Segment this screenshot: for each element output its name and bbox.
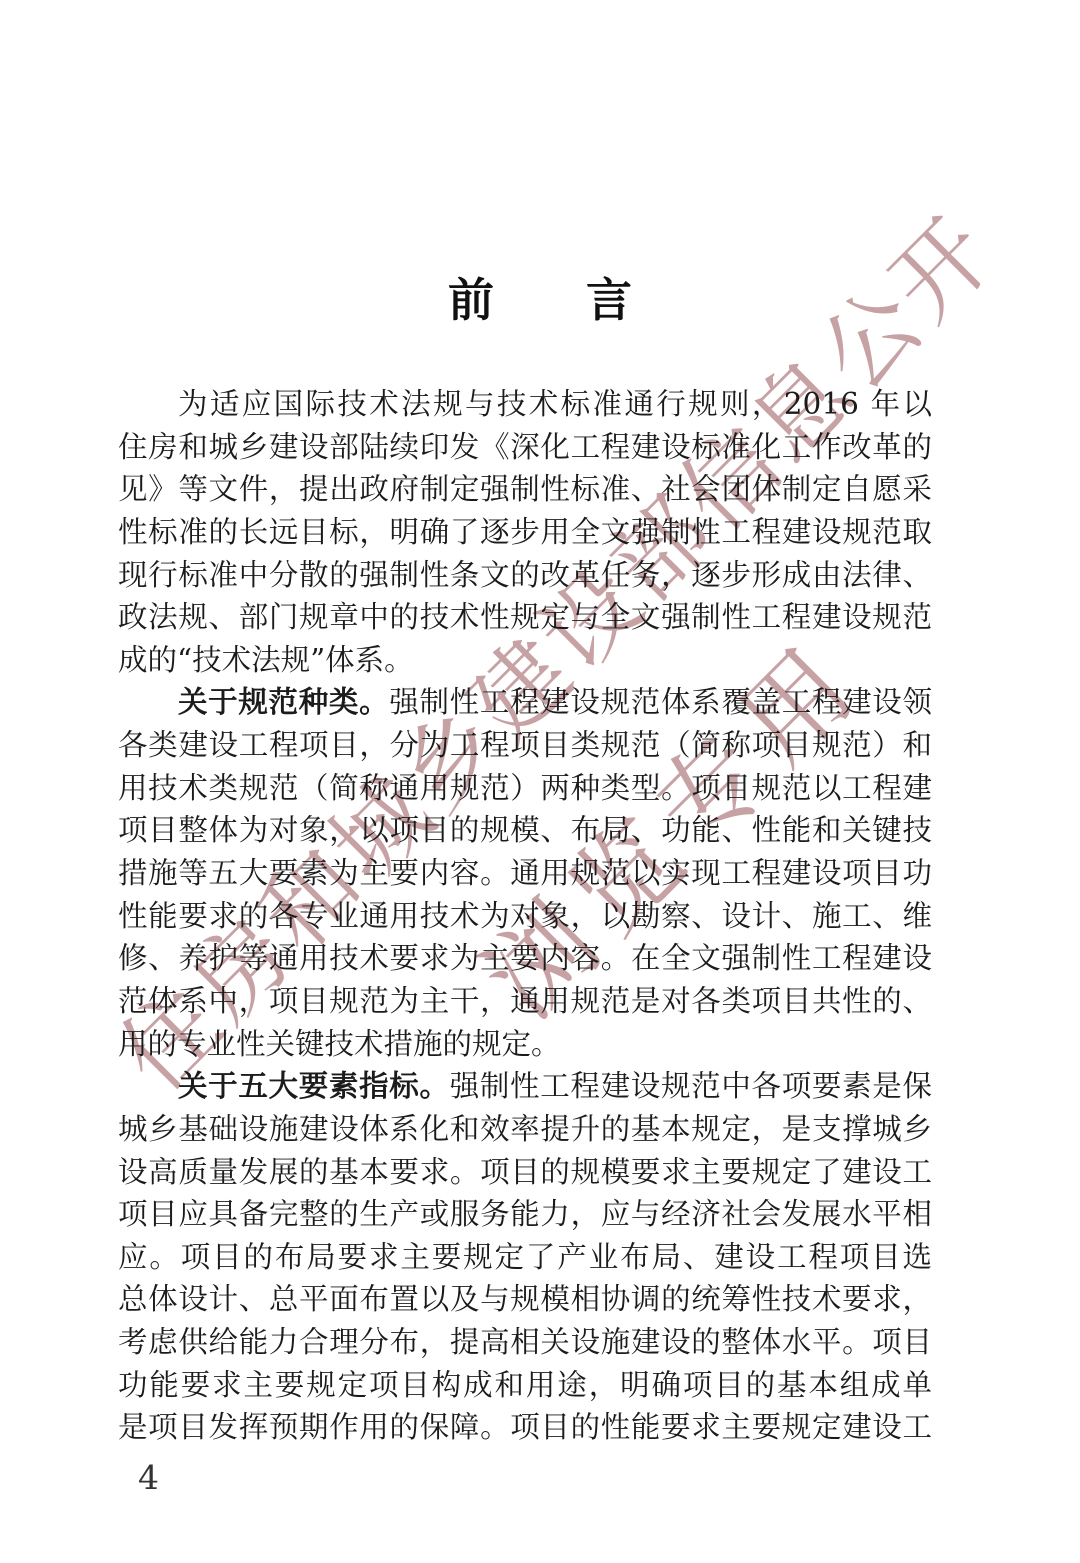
line-text: 性标准的长远目标，明确了逐步用全文强制性工程建设规范取代 bbox=[118, 515, 932, 554]
text-line: 各类建设工程项目，分为工程项目类规范（简称项目规范）和通 bbox=[118, 724, 932, 767]
line-text: 各类建设工程项目，分为工程项目类规范（简称项目规范）和通 bbox=[118, 728, 932, 767]
line-text: 设高质量发展的基本要求。项目的规模要求主要规定了建设工程 bbox=[118, 1155, 932, 1194]
line-text: 是项目发挥预期作用的保障。项目的性能要求主要规定建设工程 bbox=[118, 1410, 932, 1449]
line-text: 功能要求主要规定项目构成和用途，明确项目的基本组成单元， bbox=[118, 1368, 932, 1407]
line-text: 住房和城乡建设部陆续印发《深化工程建设标准化工作改革的意 bbox=[118, 430, 932, 469]
text-line: 关于五大要素指标。强制性工程建设规范中各项要素是保障 bbox=[118, 1065, 932, 1108]
text-line: 措施等五大要素为主要内容。通用规范以实现工程建设项目功能 bbox=[118, 852, 932, 895]
line-text: 项目整体为对象，以项目的规模、布局、功能、性能和关键技术 bbox=[118, 813, 932, 852]
line-text: 现行标准中分散的强制性条文的改革任务，逐步形成由法律、行 bbox=[118, 558, 932, 597]
text-line: 住房和城乡建设部陆续印发《深化工程建设标准化工作改革的意 bbox=[118, 426, 932, 469]
line-text: 用技术类规范（简称通用规范）两种类型。项目规范以工程建设 bbox=[118, 771, 932, 810]
text-line: 现行标准中分散的强制性条文的改革任务，逐步形成由法律、行 bbox=[118, 554, 932, 597]
text-line: 应。项目的布局要求主要规定了产业布局、建设工程项目选址、 bbox=[118, 1236, 932, 1279]
line-text: 考虑供给能力合理分布，提高相关设施建设的整体水平。项目的 bbox=[118, 1325, 932, 1364]
line-text: 见》等文件，提出政府制定强制性标准、社会团体制定自愿采用 bbox=[118, 472, 932, 511]
paragraph-lead: 关于规范种类。 bbox=[178, 684, 389, 719]
text-line: 总体设计、总平面布置以及与规模相协调的统筹性技术要求，应 bbox=[118, 1278, 932, 1321]
body-lines: 为适应国际技术法规与技术标准通行规则，2016 年以来，住房和城乡建设部陆续印发… bbox=[118, 383, 932, 1449]
line-text: 范体系中，项目规范为主干，通用规范是对各类项目共性的、通 bbox=[118, 984, 932, 1023]
line-text: 成的“技术法规”体系。 bbox=[118, 643, 414, 677]
line-text: 措施等五大要素为主要内容。通用规范以实现工程建设项目功能 bbox=[118, 856, 932, 895]
text-line: 性标准的长远目标，明确了逐步用全文强制性工程建设规范取代 bbox=[118, 511, 932, 554]
line-text: 用的专业性关键技术措施的规定。 bbox=[118, 1027, 561, 1061]
text-line: 范体系中，项目规范为主干，通用规范是对各类项目共性的、通 bbox=[118, 980, 932, 1023]
text-line: 成的“技术法规”体系。 bbox=[118, 639, 932, 682]
text-line: 设高质量发展的基本要求。项目的规模要求主要规定了建设工程 bbox=[118, 1151, 932, 1194]
text-line: 项目整体为对象，以项目的规模、布局、功能、性能和关键技术 bbox=[118, 809, 932, 852]
page-title: 前 言 bbox=[0, 264, 1080, 330]
text-line: 功能要求主要规定项目构成和用途，明确项目的基本组成单元， bbox=[118, 1364, 932, 1407]
page-number: 4 bbox=[138, 1458, 159, 1497]
line-text: 性能要求的各专业通用技术为对象，以勘察、设计、施工、维 bbox=[118, 899, 932, 933]
text-line: 项目应具备完整的生产或服务能力，应与经济社会发展水平相适 bbox=[118, 1193, 932, 1236]
text-line: 关于规范种类。强制性工程建设规范体系覆盖工程建设领域 bbox=[118, 681, 932, 724]
text-line: 城乡基础设施建设体系化和效率提升的基本规定，是支撑城乡建 bbox=[118, 1108, 932, 1151]
line-text: 政法规、部门规章中的技术性规定与全文强制性工程建设规范构 bbox=[118, 600, 932, 639]
text-line: 修、养护等通用技术要求为主要内容。在全文强制性工程建设规 bbox=[118, 937, 932, 980]
document-content: 前 言 为适应国际技术法规与技术标准通行规则，2016 年以来，住房和城乡建设部… bbox=[0, 0, 1080, 1563]
text-line: 考虑供给能力合理分布，提高相关设施建设的整体水平。项目的 bbox=[118, 1321, 932, 1364]
text-line: 为适应国际技术法规与技术标准通行规则，2016 年以来， bbox=[118, 383, 932, 426]
document-page: 住房和城乡建设部信息公开 浏览专用 前 言 为适应国际技术法规与技术标准通行规则… bbox=[0, 0, 1080, 1563]
line-text: 总体设计、总平面布置以及与规模相协调的统筹性技术要求，应 bbox=[118, 1282, 932, 1321]
text-line: 是项目发挥预期作用的保障。项目的性能要求主要规定建设工程 bbox=[118, 1406, 932, 1449]
text-line: 性能要求的各专业通用技术为对象，以勘察、设计、施工、维 bbox=[118, 895, 932, 938]
line-text: 应。项目的布局要求主要规定了产业布局、建设工程项目选址、 bbox=[118, 1240, 932, 1279]
text-line: 政法规、部门规章中的技术性规定与全文强制性工程建设规范构 bbox=[118, 596, 932, 639]
paragraph-lead: 关于五大要素指标。 bbox=[178, 1068, 450, 1103]
line-text: 为适应国际技术法规与技术标准通行规则，2016 年以来， bbox=[118, 387, 932, 426]
text-line: 用的专业性关键技术措施的规定。 bbox=[118, 1023, 932, 1066]
line-text: 修、养护等通用技术要求为主要内容。在全文强制性工程建设规 bbox=[118, 941, 932, 980]
line-text: 项目应具备完整的生产或服务能力，应与经济社会发展水平相适 bbox=[118, 1197, 932, 1236]
text-line: 用技术类规范（简称通用规范）两种类型。项目规范以工程建设 bbox=[118, 767, 932, 810]
line-text: 城乡基础设施建设体系化和效率提升的基本规定，是支撑城乡建 bbox=[118, 1112, 932, 1151]
text-line: 见》等文件，提出政府制定强制性标准、社会团体制定自愿采用 bbox=[118, 468, 932, 511]
